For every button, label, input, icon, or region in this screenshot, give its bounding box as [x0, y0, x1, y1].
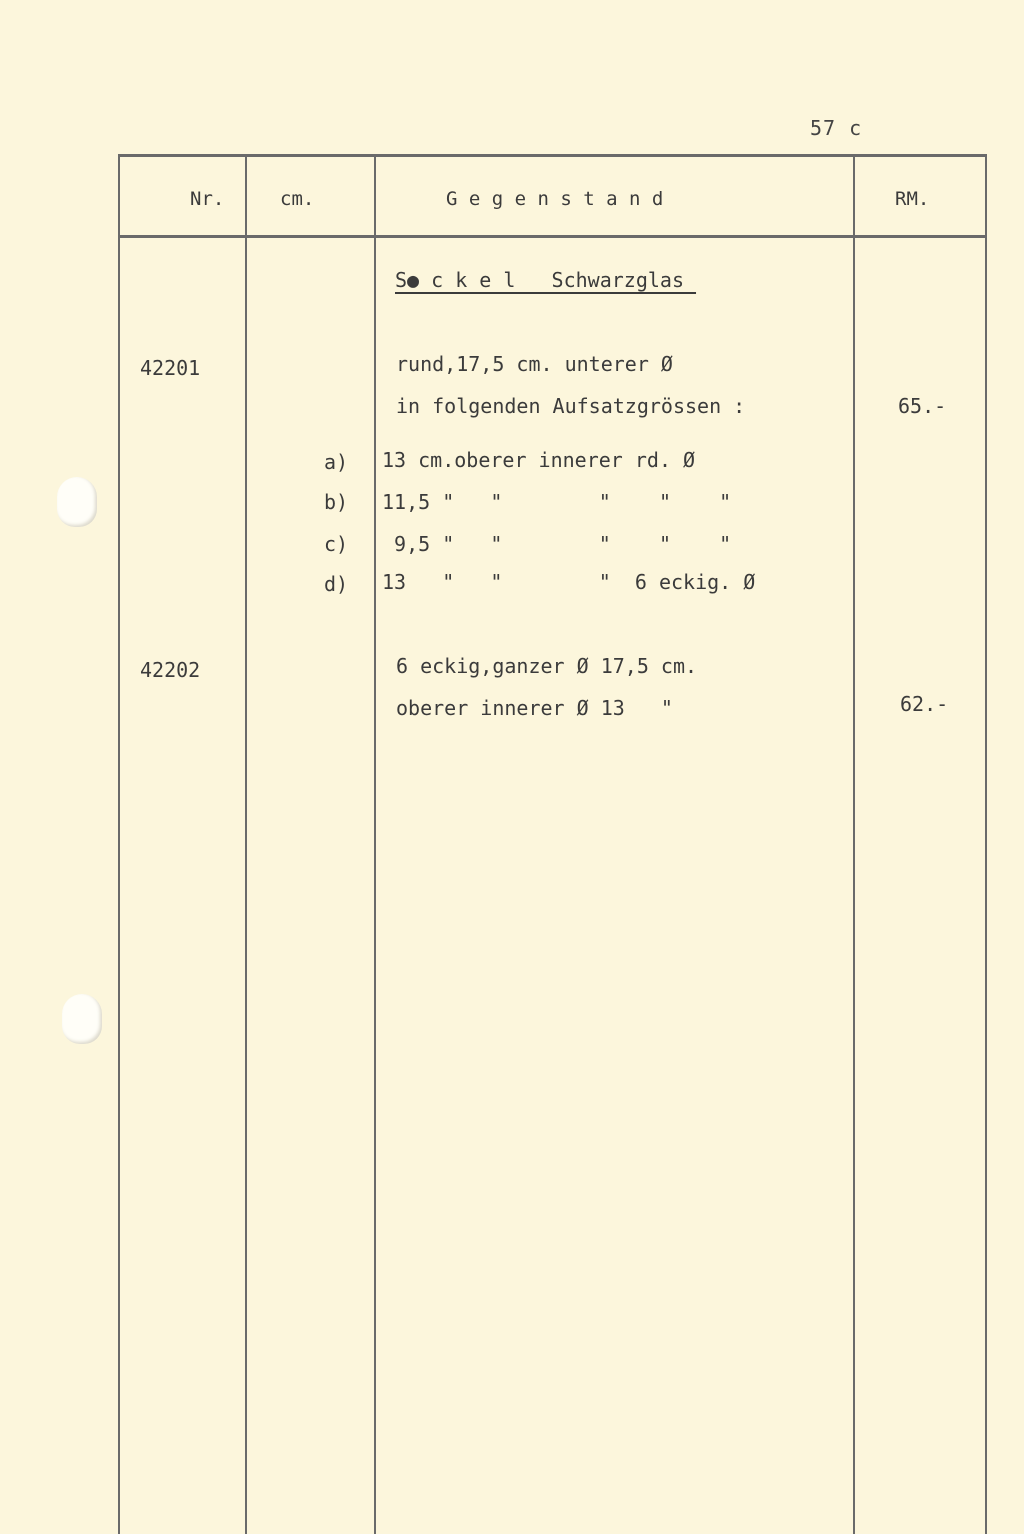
item-number: 42202 [140, 658, 200, 682]
variant-label: b) [324, 490, 348, 514]
variant-text: 13 " " " 6 eckig. Ø [382, 570, 755, 594]
column-divider [118, 154, 120, 1534]
variant-text: 13 cm.oberer innerer rd. Ø [382, 448, 695, 472]
variant-label: c) [324, 532, 348, 556]
column-divider [985, 154, 987, 1534]
item-description: 6 eckig,ganzer Ø 17,5 cm. [396, 654, 697, 678]
column-divider [245, 154, 247, 1534]
header-bottom-border [118, 235, 986, 238]
variant-text: 9,5 " " " " " [382, 532, 731, 556]
item-number: 42201 [140, 356, 200, 380]
item-price: 65.- [898, 394, 946, 418]
table-top-border [118, 154, 986, 157]
section-title: S● c k e l Schwarzglas [395, 268, 696, 292]
variant-label: a) [324, 450, 348, 474]
header-item: G e g e n s t a n d [446, 188, 663, 210]
column-divider [853, 154, 855, 1534]
item-description: in folgenden Aufsatzgrössen : [396, 394, 745, 418]
item-price: 62.- [900, 692, 948, 716]
punch-hole [57, 477, 97, 527]
variant-text: 11,5 " " " " " [382, 490, 731, 514]
punch-hole [62, 994, 102, 1044]
page-number: 57 c [810, 116, 862, 140]
header-cm: cm. [280, 188, 314, 210]
column-divider [374, 154, 376, 1534]
variant-label: d) [324, 572, 348, 596]
item-description: oberer innerer Ø 13 " [396, 696, 673, 720]
header-nr: Nr. [190, 188, 224, 210]
item-description: rund,17,5 cm. unterer Ø [396, 352, 673, 376]
header-price: RM. [895, 188, 929, 210]
